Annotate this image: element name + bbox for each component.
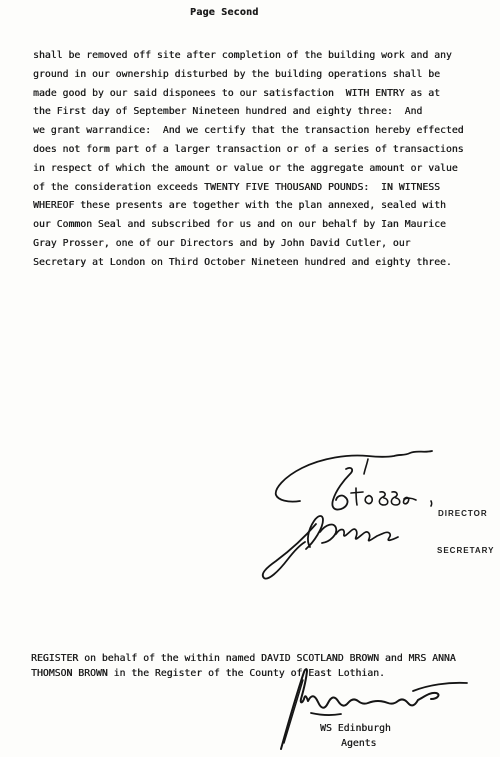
secretary-signature: [263, 516, 398, 579]
body-line: shall be removed off site after completi…: [33, 47, 464, 66]
agents-line-role: Agents: [320, 737, 391, 752]
secretary-label: SECRETARY: [437, 546, 494, 555]
body-line: our Common Seal and subscribed for us an…: [33, 216, 464, 235]
agents-line-firm: WS Edinburgh: [320, 722, 391, 737]
director-signature: [276, 451, 432, 510]
body-line: the First day of September Nineteen hund…: [33, 103, 464, 122]
body-line: does not form part of a larger transacti…: [33, 141, 464, 160]
agents-block: WS Edinburgh Agents: [320, 722, 391, 751]
body-line: Secretary at London on Third October Nin…: [33, 254, 464, 273]
body-line: we grant warrandice: And we certify that…: [33, 122, 464, 141]
body-line: of the consideration exceeds TWENTY FIVE…: [33, 179, 464, 198]
page-title: Page Second: [190, 7, 258, 18]
deed-body-paragraph: shall be removed off site after completi…: [33, 47, 464, 273]
body-line: made good by our said disponees to our s…: [33, 85, 464, 104]
body-line: ground in our ownership disturbed by the…: [33, 66, 464, 85]
body-line: WHEREOF these presents are together with…: [33, 197, 464, 216]
document-page: Page Second shall be removed off site af…: [0, 0, 500, 757]
director-label: DIRECTOR: [438, 509, 488, 518]
body-line: Gray Prosser, one of our Directors and b…: [33, 235, 464, 254]
body-line: in respect of which the amount or value …: [33, 160, 464, 179]
